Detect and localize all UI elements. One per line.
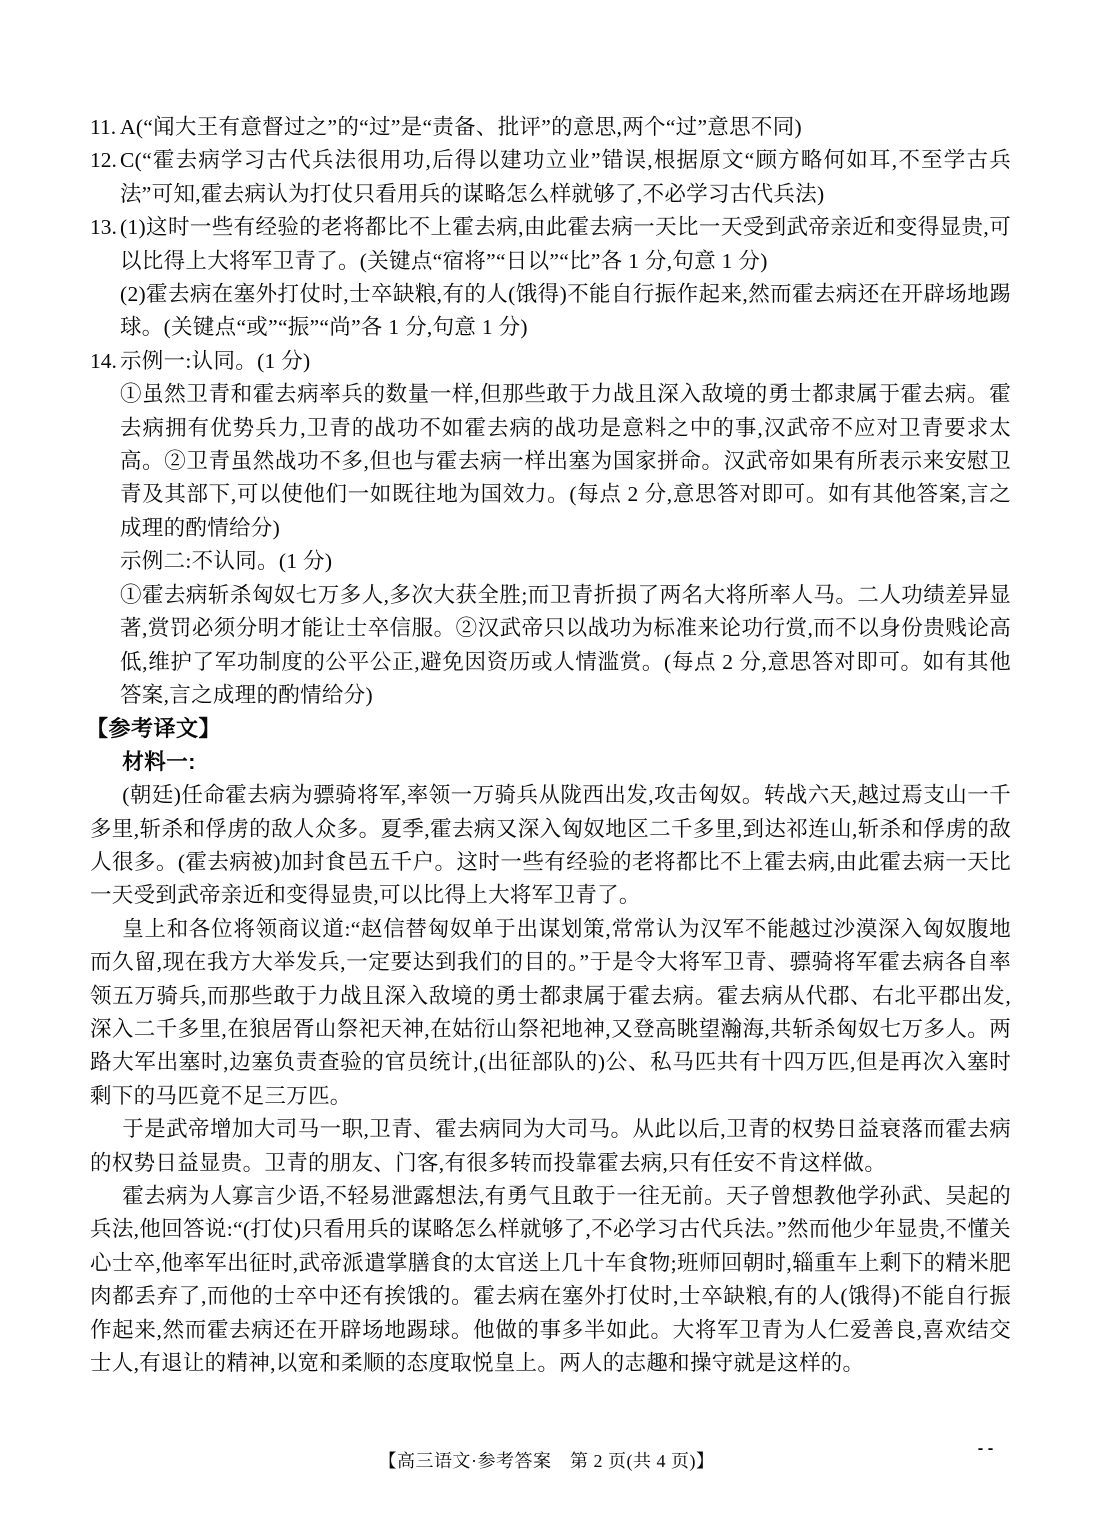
answer-14-example-1-label: 示例一:认同。(1 分) — [120, 345, 1011, 378]
translation-paragraph-2: 皇上和各位将领商议道:“赵信替匈奴单于出谋划策,常常认为汉军不能越过沙漠深入匈奴… — [90, 913, 1011, 1113]
translation-paragraph-3: 于是武帝增加大司马一职,卫青、霍去病同为大司马。从此以后,卫青的权势日益衰落而霍… — [90, 1113, 1011, 1180]
material-one-label: 材料一: — [90, 746, 1011, 779]
answer-item-13: 13. (1)这时一些有经验的老将都比不上霍去病,由此霍去病一天比一天受到武帝亲… — [90, 211, 1011, 345]
answer-number-14: 14. — [90, 345, 120, 378]
answer-13-part-1: (1)这时一些有经验的老将都比不上霍去病,由此霍去病一天比一天受到武帝亲近和变得… — [120, 211, 1011, 278]
answer-item-14: 14. 示例一:认同。(1 分) ①虽然卫青和霍去病率兵的数量一样,但那些敢于力… — [90, 345, 1011, 712]
answer-14-example-2-body: ①霍去病斩杀匈奴七万多人,多次大获全胜;而卫青折损了两名大将所率人马。二人功绩差… — [120, 579, 1011, 713]
answer-number-11: 11. — [90, 111, 120, 144]
page-footer: 【高三语文·参考答案 第 2 页(共 4 页)】 — [0, 1447, 1093, 1473]
answer-14-example-2-label: 示例二:不认同。(1 分) — [120, 545, 1011, 578]
answer-sheet-page: 11. A(“闻大王有意督过之”的“过”是“责备、批评”的意思,两个“过”意思不… — [0, 0, 1093, 1536]
reference-translation-header: 【参考译文】 — [86, 712, 1011, 745]
translation-paragraph-4: 霍去病为人寡言少语,不轻易泄露想法,有勇气且敢于一往无前。天子曾想教他学孙武、吴… — [90, 1180, 1011, 1380]
answer-14-example-1-body: ①虽然卫青和霍去病率兵的数量一样,但那些敢于力战且深入敌境的勇士都隶属于霍去病。… — [120, 378, 1011, 545]
answer-13-part-2: (2)霍去病在塞外打仗时,士卒缺粮,有的人(饿得)不能自行振作起来,然而霍去病还… — [120, 278, 1011, 345]
answer-item-11: 11. A(“闻大王有意督过之”的“过”是“责备、批评”的意思,两个“过”意思不… — [90, 111, 1011, 144]
answer-item-12: 12. C(“霍去病学习古代兵法很用功,后得以建功立业”错误,根据原文“顾方略何… — [90, 144, 1011, 211]
answer-number-13: 13. — [90, 211, 120, 244]
answer-text-12: C(“霍去病学习古代兵法很用功,后得以建功立业”错误,根据原文“顾方略何如耳,不… — [120, 144, 1011, 211]
translation-paragraph-1: (朝廷)任命霍去病为骠骑将军,率领一万骑兵从陇西出发,攻击匈奴。转战六天,越过焉… — [90, 779, 1011, 913]
corner-mark: -- — [976, 1441, 996, 1458]
page-content: 11. A(“闻大王有意督过之”的“过”是“责备、批评”的意思,两个“过”意思不… — [90, 111, 1011, 1380]
answer-number-12: 12. — [90, 144, 120, 177]
answer-text-11: A(“闻大王有意督过之”的“过”是“责备、批评”的意思,两个“过”意思不同) — [120, 111, 1011, 144]
